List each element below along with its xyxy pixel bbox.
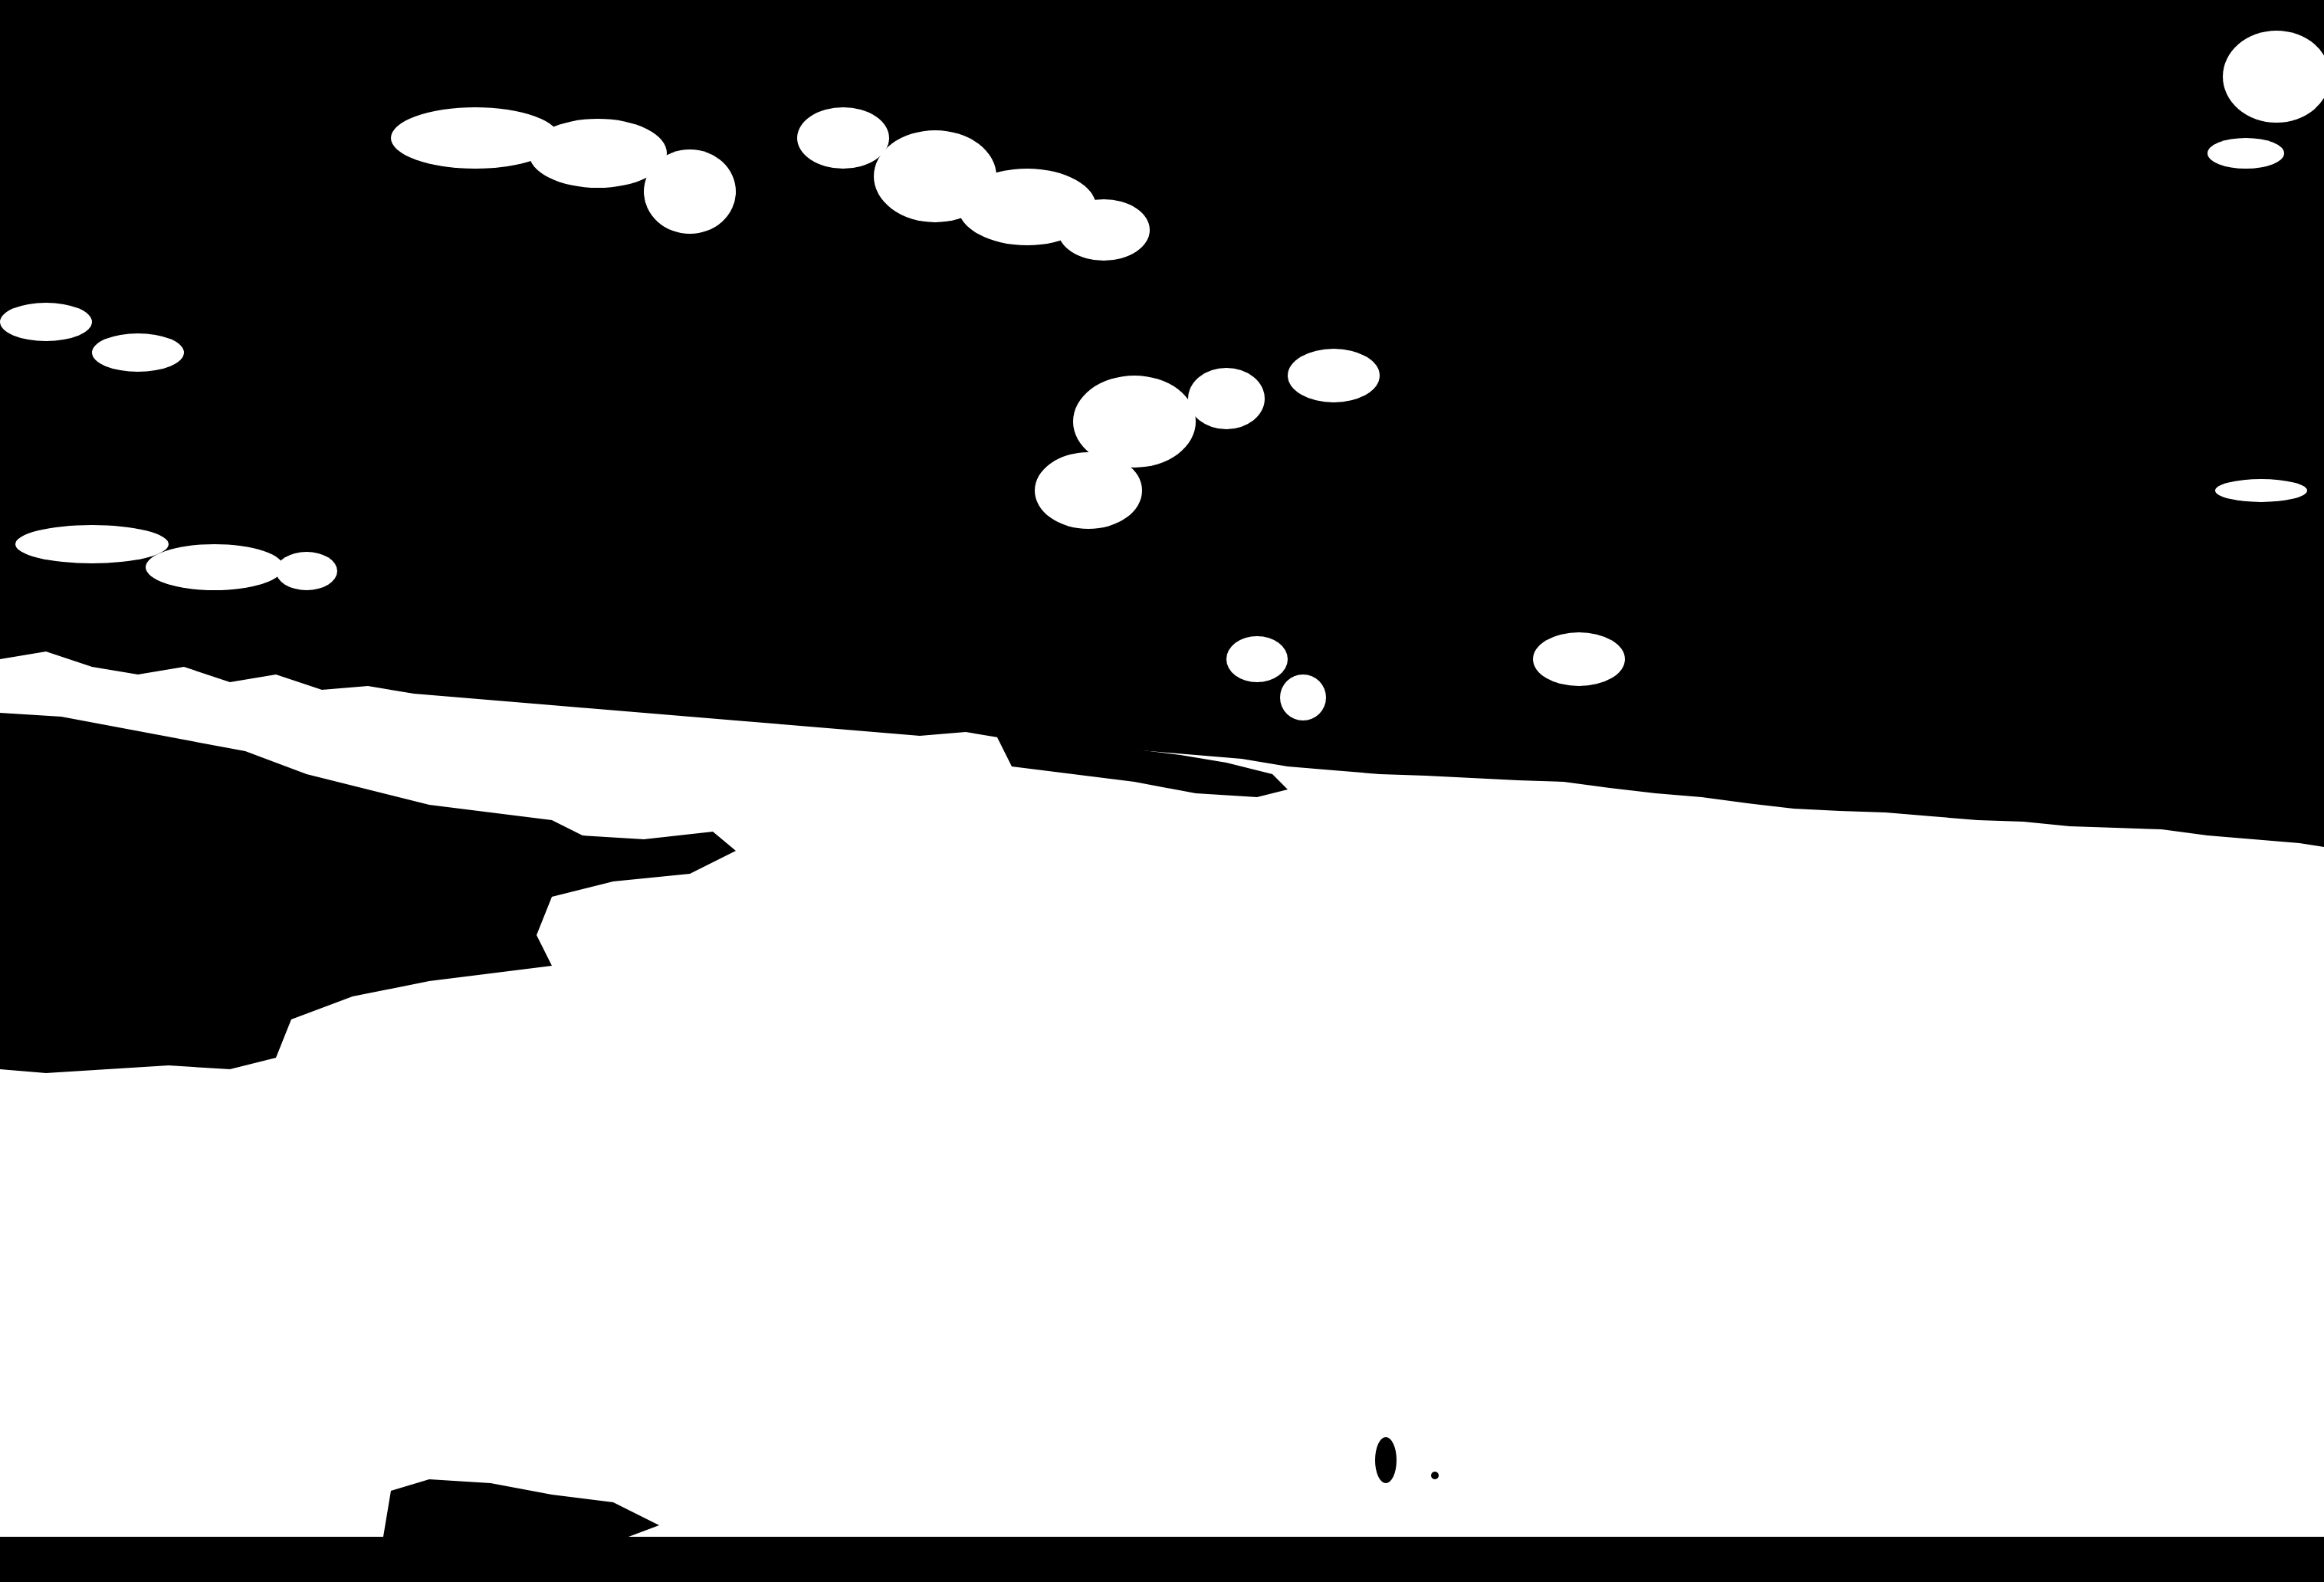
bottom-band [0, 1537, 2324, 1582]
dark-spot [1375, 1437, 1397, 1483]
binary-mask-image [0, 0, 2324, 1582]
dark-dot [1431, 1472, 1439, 1479]
